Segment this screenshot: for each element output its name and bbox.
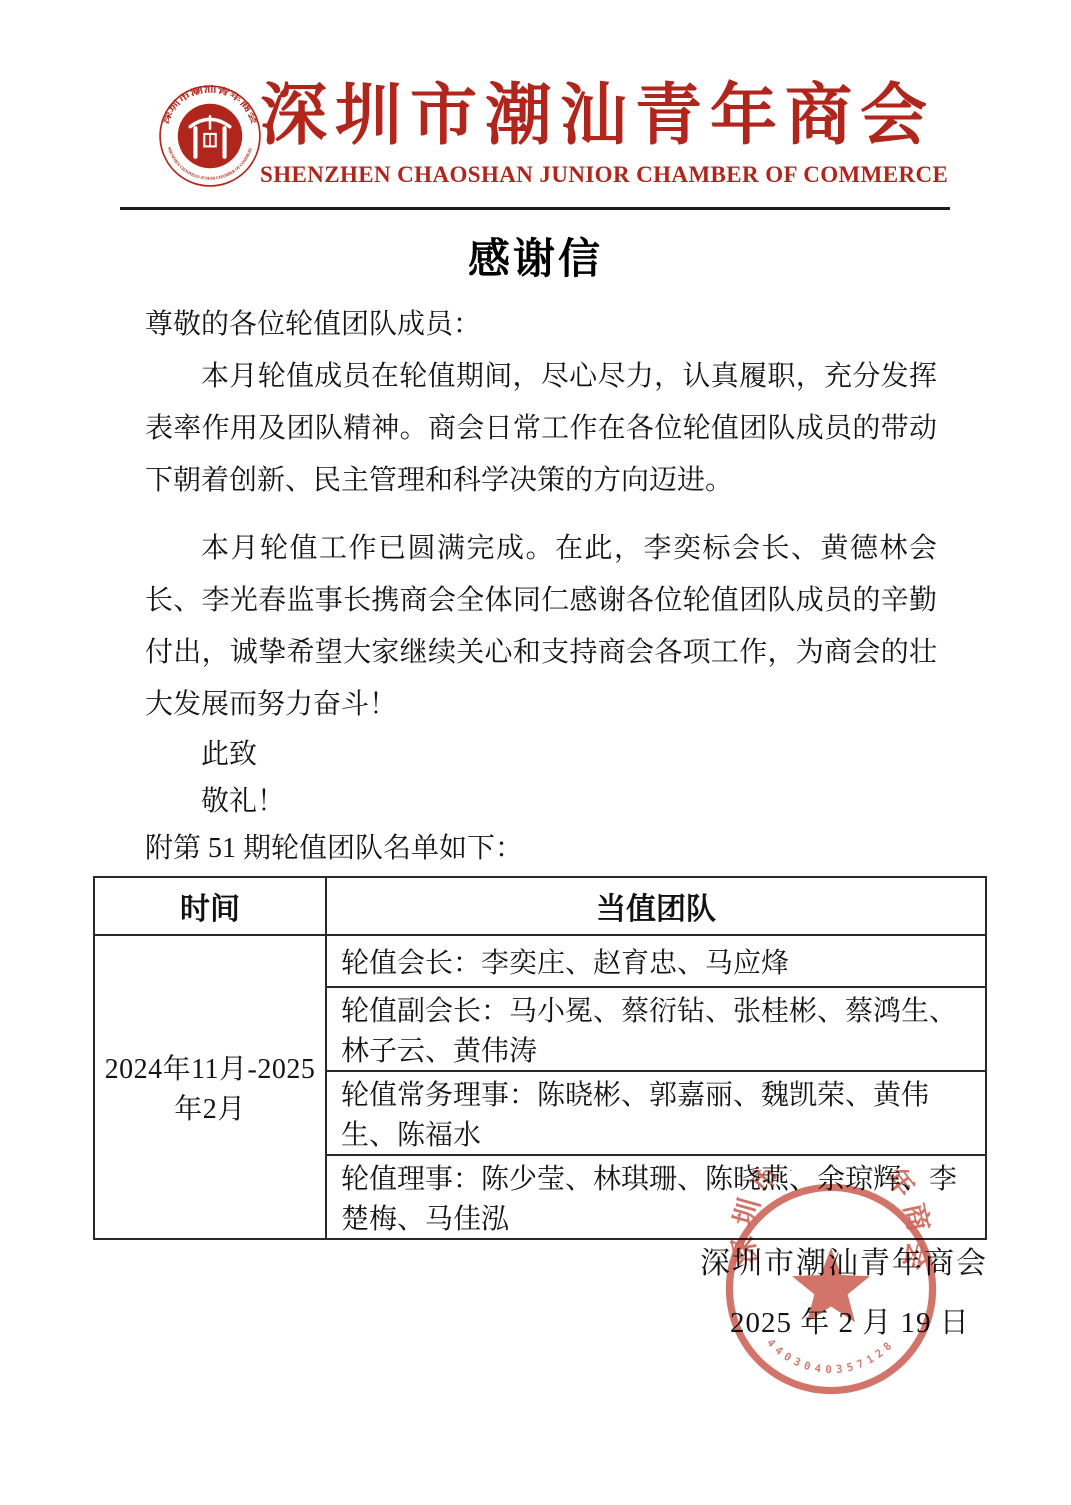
official-seal-icon: 深圳市潮汕青年商会 4403040357128 bbox=[712, 1170, 950, 1408]
team-cell-vice-presidents: 轮值副会长：马小冕、蔡衍钻、张桂彬、蔡鸿生、林子云、黄伟涛 bbox=[326, 987, 986, 1071]
paragraph-1: 本月轮值成员在轮值期间，尽心尽力，认真履职，充分发挥表率作用及团队精神。商会日常… bbox=[145, 351, 937, 507]
letterhead-divider bbox=[120, 207, 950, 210]
svg-text:4403040357128: 4403040357128 bbox=[764, 1336, 896, 1376]
attachment-note: 附第 51 期轮值团队名单如下： bbox=[145, 825, 937, 872]
closing-jingli: 敬礼！ bbox=[145, 778, 937, 825]
org-name-cn: 深圳市潮汕青年商会 bbox=[260, 76, 910, 156]
org-logo-icon: 深圳市潮汕青年商会 SHENZHEN CHAOSHAN JUNIOR CHAMB… bbox=[158, 84, 262, 188]
seal-star-icon bbox=[792, 1248, 870, 1322]
org-name-en: SHENZHEN CHAOSHAN JUNIOR CHAMBER OF COMM… bbox=[260, 162, 910, 188]
letter-body: 尊敬的各位轮值团队成员： 本月轮值成员在轮值期间，尽心尽力，认真履职，充分发挥表… bbox=[145, 299, 937, 872]
team-cell-executive-directors: 轮值常务理事：陈晓彬、郭嘉丽、魏凯荣、黄伟生、陈福水 bbox=[326, 1071, 986, 1155]
team-cell-presidents: 轮值会长：李奕庄、赵育忠、马应烽 bbox=[326, 935, 986, 987]
letter-page: 深圳市潮汕青年商会 SHENZHEN CHAOSHAN JUNIOR CHAMB… bbox=[0, 0, 1071, 1505]
seal-number: 4403040357128 bbox=[764, 1336, 896, 1376]
salutation: 尊敬的各位轮值团队成员： bbox=[145, 299, 937, 351]
col-header-team: 当值团队 bbox=[326, 877, 986, 935]
time-range-cell: 2024年11月-2025年2月 bbox=[94, 935, 326, 1239]
table-header-row: 时间 当值团队 bbox=[94, 877, 986, 935]
table-row: 2024年11月-2025年2月 轮值会长：李奕庄、赵育忠、马应烽 bbox=[94, 935, 986, 987]
closing-cizhi: 此致 bbox=[145, 731, 937, 778]
paragraph-2: 本月轮值工作已圆满完成。在此，李奕标会长、黄德林会长、李光春监事长携商会全体同仁… bbox=[145, 523, 937, 731]
letter-title: 感谢信 bbox=[0, 226, 1071, 286]
col-header-time: 时间 bbox=[94, 877, 326, 935]
letterhead-titles: 深圳市潮汕青年商会 SHENZHEN CHAOSHAN JUNIOR CHAMB… bbox=[260, 76, 910, 188]
